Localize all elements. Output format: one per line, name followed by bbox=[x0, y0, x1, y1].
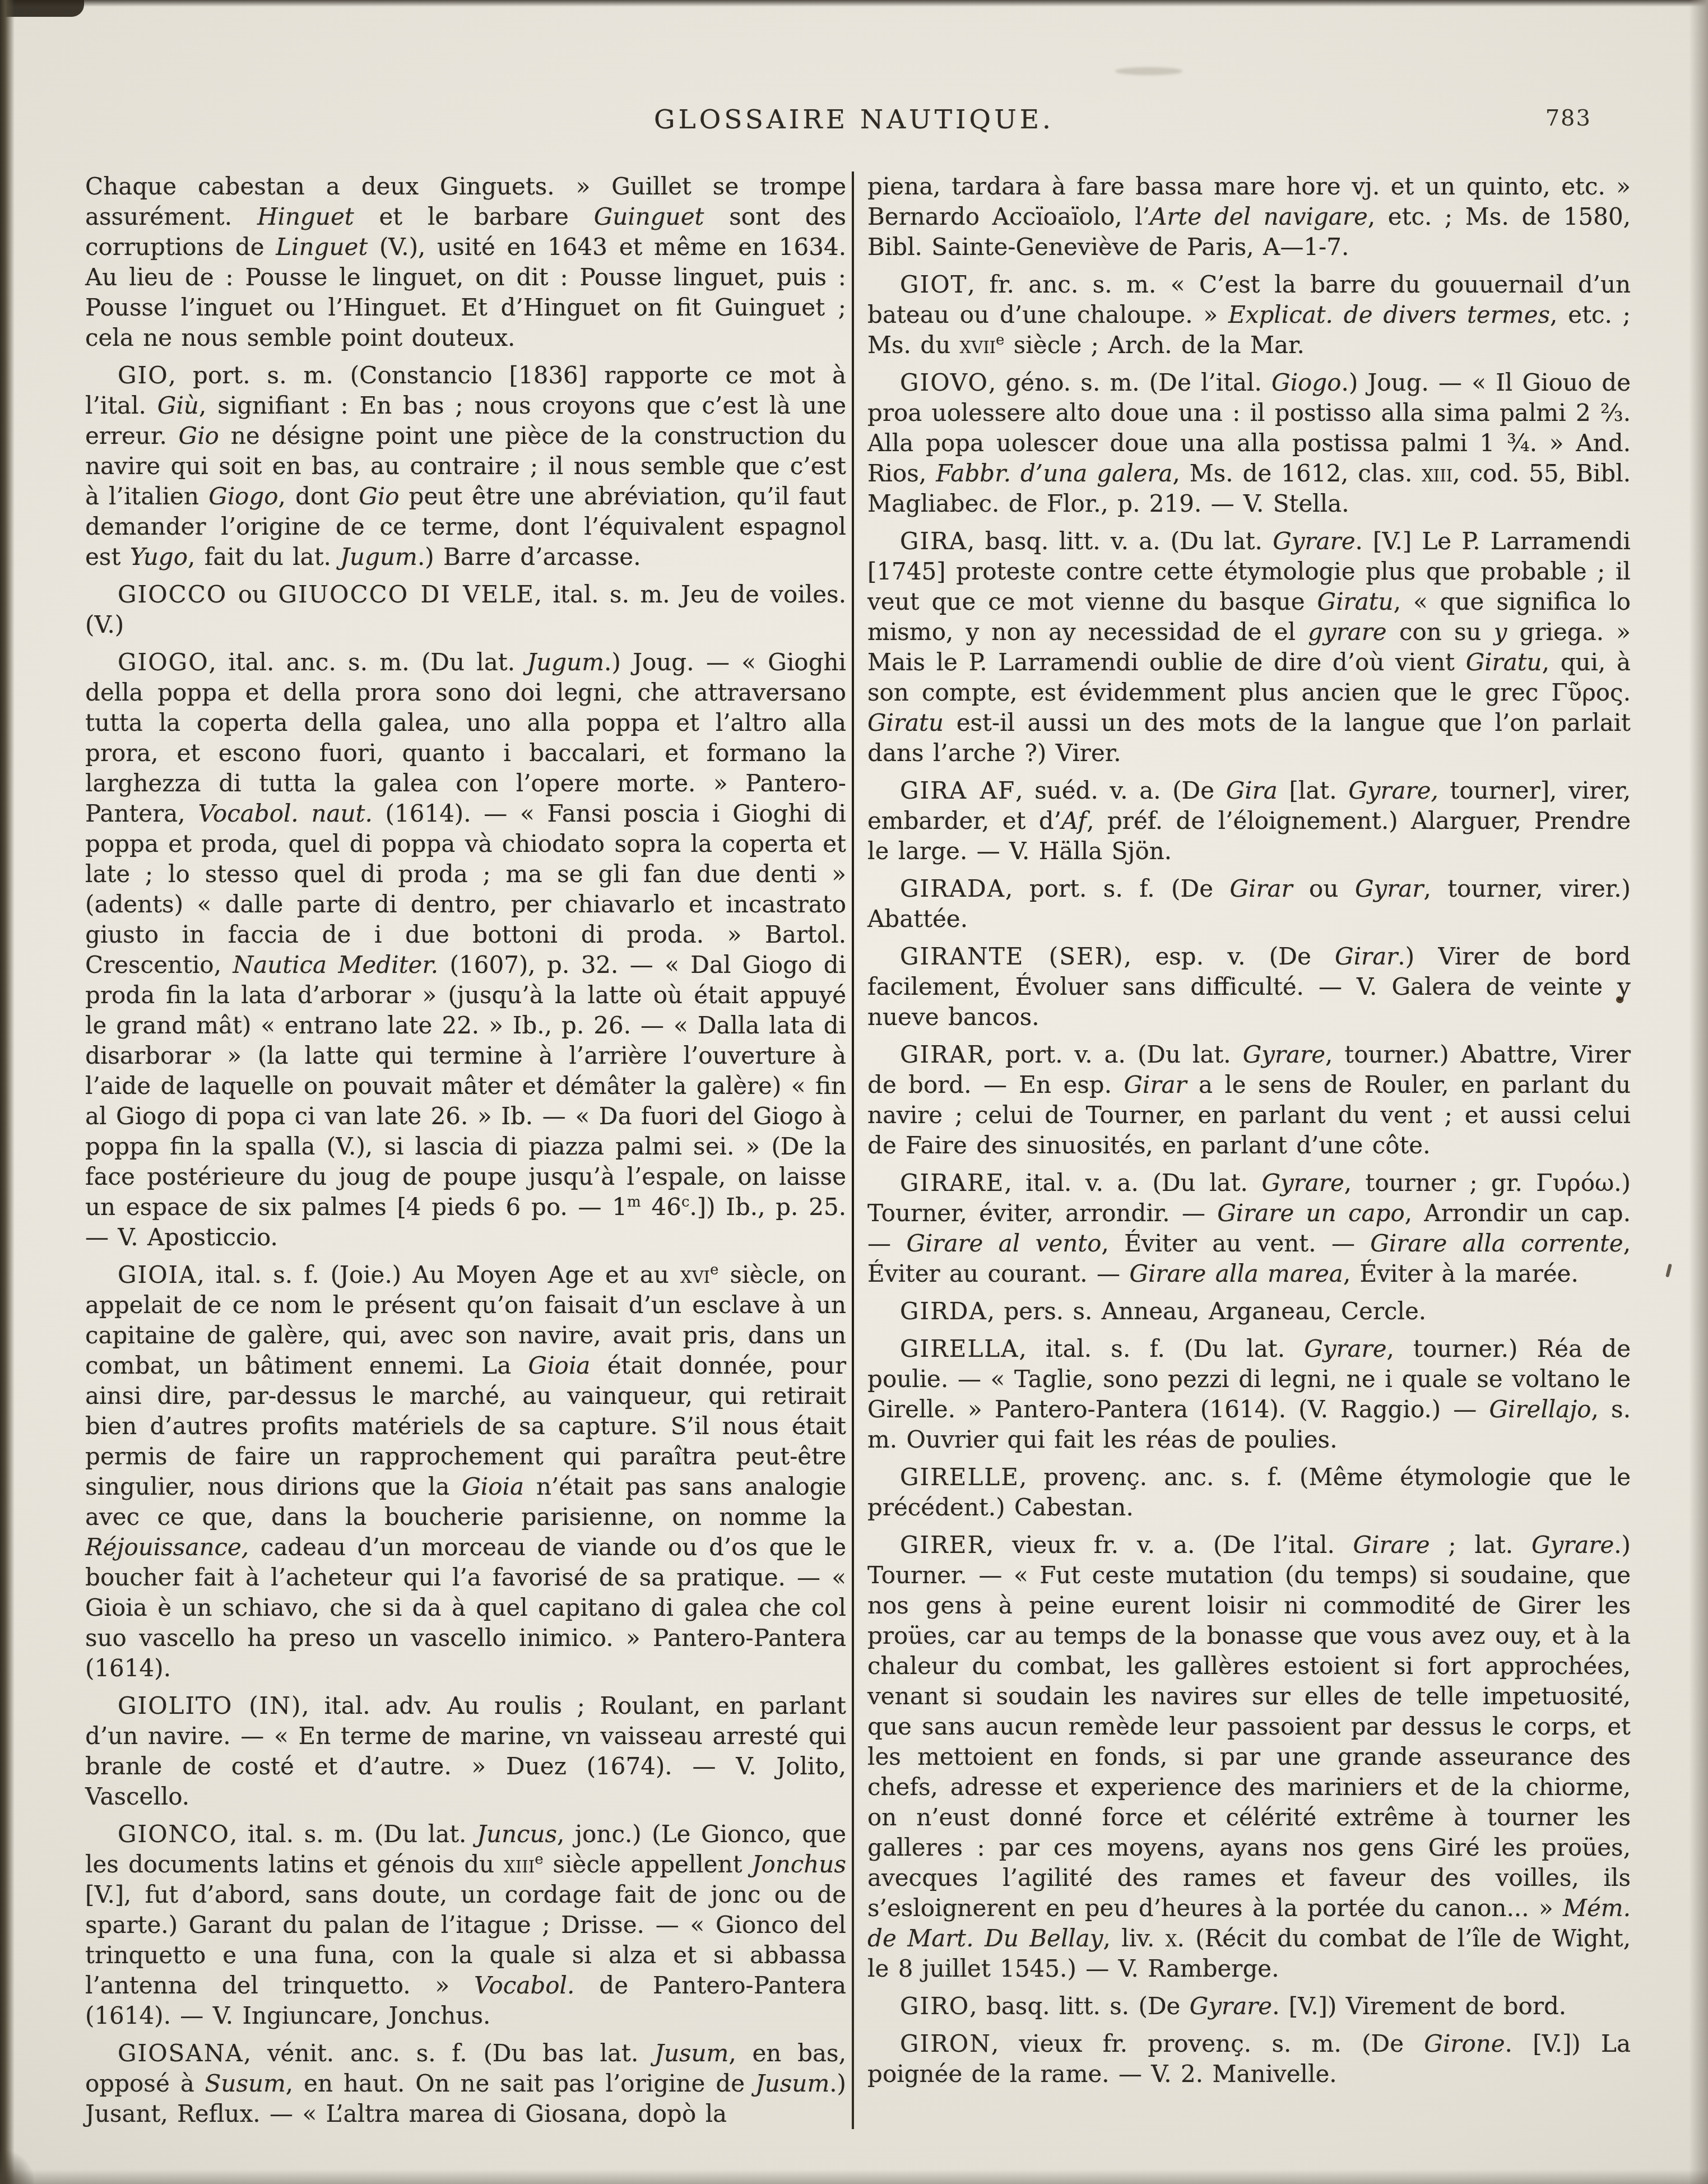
dictionary-entry: GIRARE, ital. v. a. (Du lat. Gyrare, tou… bbox=[867, 1168, 1631, 1289]
right-column: piena, tardara à fare bassa mare hore vj… bbox=[854, 171, 1631, 2129]
page-number: 783 bbox=[1545, 105, 1591, 131]
dictionary-entry: GIOCCO ou GIUOCCO DI VELE, ital. s. m. J… bbox=[85, 579, 846, 640]
dictionary-entry: GIRAR, port. v. a. (Du lat. Gyrare, tour… bbox=[867, 1040, 1631, 1161]
dictionary-entry: GIRA AF, suéd. v. a. (De Gira [lat. Gyra… bbox=[867, 776, 1631, 866]
scan-edge-top bbox=[0, 0, 1708, 7]
running-title: GLOSSAIRE NAUTIQUE. bbox=[90, 104, 1618, 135]
dictionary-entry: GIRON, vieux fr. provenç. s. m. (De Giro… bbox=[867, 2029, 1631, 2089]
scanned-book-page: GLOSSAIRE NAUTIQUE. 783 Chaque cabestan … bbox=[0, 0, 1708, 2184]
dictionary-entry: GIOT, fr. anc. s. m. « C’est la barre du… bbox=[867, 270, 1631, 360]
dictionary-entry: GIOGO, ital. anc. s. m. (Du lat. Jugum.)… bbox=[85, 647, 846, 1253]
dictionary-entry: GIRELLE, provenç. anc. s. f. (Même étymo… bbox=[867, 1462, 1631, 1523]
dictionary-entry: GIRADA, port. s. f. (De Girar ou Gyrar, … bbox=[867, 874, 1631, 934]
text-columns: Chaque cabestan a deux Ginguets. » Guill… bbox=[85, 171, 1631, 2129]
continuation-paragraph: Chaque cabestan a deux Ginguets. » Guill… bbox=[85, 171, 846, 353]
dictionary-entry: GIOLITO (IN), ital. adv. Au roulis ; Rou… bbox=[85, 1691, 846, 1812]
dictionary-entry: GIRO, basq. litt. s. (De Gyrare. [V.]) V… bbox=[867, 1991, 1631, 2021]
dictionary-entry: GIOSANA, vénit. anc. s. f. (Du bas lat. … bbox=[85, 2038, 846, 2129]
scan-edge-right bbox=[1689, 0, 1708, 2184]
page-header: GLOSSAIRE NAUTIQUE. 783 bbox=[90, 104, 1618, 143]
dictionary-entry: GIRDA, pers. s. Anneau, Arganeau, Cercle… bbox=[867, 1296, 1631, 1327]
dictionary-entry: GIOIA, ital. s. f. (Joie.) Au Moyen Age … bbox=[85, 1260, 846, 1684]
left-column: Chaque cabestan a deux Ginguets. » Guill… bbox=[85, 171, 846, 2129]
paper-stain bbox=[1115, 67, 1182, 75]
dictionary-entry: GIRELLA, ital. s. f. (Du lat. Gyrare, to… bbox=[867, 1334, 1631, 1455]
dictionary-entry: GIRA, basq. litt. v. a. (Du lat. Gyrare.… bbox=[867, 526, 1631, 768]
dictionary-entry: GIONCO, ital. s. m. (Du lat. Juncus, jon… bbox=[85, 1819, 846, 2031]
dictionary-entry: GIRER, vieux fr. v. a. (De l’ital. Girar… bbox=[867, 1530, 1631, 1984]
scan-edge-left bbox=[0, 0, 15, 2184]
scan-edge-bottom bbox=[0, 2169, 1708, 2184]
scan-corner-bottom-left bbox=[0, 2150, 34, 2184]
margin-ink-mark bbox=[1665, 1264, 1672, 1278]
dictionary-entry: GIRANTE (SER), esp. v. (De Girar.) Virer… bbox=[867, 942, 1631, 1032]
dictionary-entry: GIOVO, géno. s. m. (De l’ital. Giogo.) J… bbox=[867, 368, 1631, 519]
continuation-paragraph: piena, tardara à fare bassa mare hore vj… bbox=[867, 171, 1631, 262]
dictionary-entry: GIO, port. s. m. (Constancio [1836] rapp… bbox=[85, 360, 846, 572]
